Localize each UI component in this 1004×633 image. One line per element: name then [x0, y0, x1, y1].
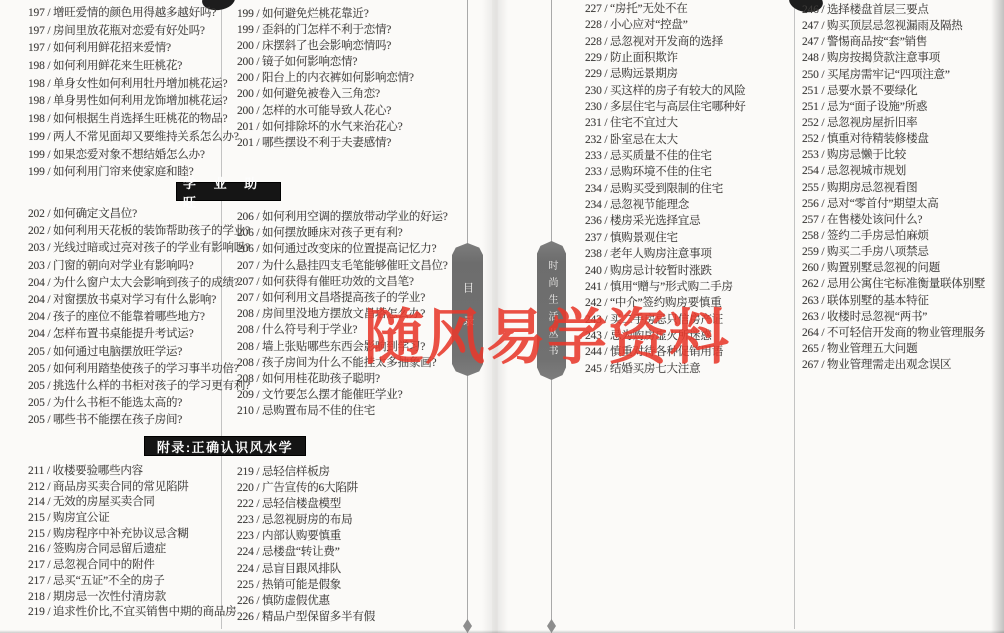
toc-entry: 263 / 联体别墅的基本特征 — [802, 293, 985, 309]
toc-entry: 264 / 不可轻信开发商的物业管理服务 — [802, 325, 985, 341]
toc-entry: 224 / 忌楼盘“转让费” — [237, 544, 375, 560]
toc-entry: 226 / 慎防虚假优惠 — [237, 593, 375, 609]
toc-entry: 207 / 如何获得有催旺功效的文昌笔? — [237, 274, 448, 290]
toc-entry: 212 / 商品房买卖合同的常见陷阱 — [28, 480, 236, 496]
toc-entry: 218 / 期房忌一次性付清房款 — [28, 590, 236, 606]
toc-entry: 207 / 为什么悬挂四支毛笔能够催旺文昌位? — [237, 258, 448, 274]
toc-entry: 252 / 忌忽视房屋折旧率 — [802, 115, 985, 131]
toc-entry: 215 / 购房宜公证 — [28, 511, 236, 527]
page-right-edge-shadow — [991, 0, 1004, 633]
toc-entry: 204 / 怎样布置书桌能提升考试运? — [28, 326, 250, 343]
toc-entry: 203 / 门窗的朝向对学业有影响吗? — [28, 258, 250, 275]
toc-entry: 252 / 慎重对待精装修楼盘 — [802, 131, 985, 147]
toc-entry: 262 / 忌用公寓住宅标准衡量联体别墅 — [802, 276, 985, 292]
toc-entry: 226 / 精品户型保留多半有假 — [237, 609, 375, 625]
toc-entry: 197 / 房间里放花瓶对恋爱有好处吗? — [28, 23, 239, 41]
toc-entry: 246 / 选择楼盘首层三要点 — [802, 2, 985, 18]
toc-entry: 200 / 床摆斜了也会影响恋情吗? — [237, 38, 414, 54]
toc-entry: 198 / 如何根据生肖选择生旺桃花的物品? — [28, 111, 239, 129]
toc-column4-section: 246 / 选择楼盘首层三要点247 / 购买顶层忌忽视漏雨及隔热247 / 警… — [802, 2, 985, 373]
toc-column1-appendix-section: 211 / 收楼要验哪些内容212 / 商品房买卖合同的常见陷阱214 / 无效… — [28, 464, 236, 621]
toc-entry: 198 / 单身女性如何利用牡丹增加桃花运? — [28, 76, 239, 94]
toc-entry: 220 / 广告宣传的6大陷阱 — [237, 480, 375, 496]
toc-entry: 223 / 忌忽视厨房的布局 — [237, 512, 375, 528]
toc-entry: 248 / 购房按揭贷款注意事项 — [802, 50, 985, 66]
section-header-appendix: 附录:正确认识风水学 — [144, 436, 306, 456]
toc-entry: 253 / 购房忌懒于比较 — [802, 147, 985, 163]
toc-entry: 232 / 卧室忌在太大 — [585, 132, 746, 148]
toc-entry: 267 / 物业管理需走出观念误区 — [802, 357, 985, 373]
toc-entry: 263 / 收楼时忌忽视“两书” — [802, 309, 985, 325]
toc-entry: 250 / 买尾房需牢记“四项注意” — [802, 67, 985, 83]
toc-entry: 197 / 增旺爱情的颜色用得越多越好吗? — [28, 5, 239, 23]
toc-entry: 265 / 物业管理五大问题 — [802, 341, 985, 357]
toc-entry: 259 / 购买二手房八项禁忌 — [802, 244, 985, 260]
toc-entry: 201 / 哪些摆设不利于夫妻感情? — [237, 135, 414, 151]
toc-entry: 205 / 挑选什么样的书柜对孩子的学习更有利? — [28, 378, 250, 395]
toc-column1-study-section: 202 / 如何确定文昌位?202 / 如何利用天花板的装饰帮助孩子的学业?20… — [28, 206, 250, 429]
toc-entry: 199 / 如何避免烂桃花靠近? — [237, 6, 414, 22]
toc-entry: 198 / 如何利用鲜花来生旺桃花? — [28, 58, 239, 76]
toc-entry: 205 / 哪些书不能摆在孩子房间? — [28, 412, 250, 429]
toc-entry: 200 / 镜子如何影响恋情? — [237, 54, 414, 70]
toc-entry: 237 / 慎购景观住宅 — [585, 230, 746, 246]
toc-entry: 200 / 如何避免被卷入三角恋? — [237, 86, 414, 102]
toc-entry: 199 / 两人不常见面却又要维持关系怎么办? — [28, 129, 239, 147]
toc-entry: 223 / 内部认购要慎重 — [237, 528, 375, 544]
toc-entry: 254 / 忌忽视城市规划 — [802, 163, 985, 179]
toc-entry: 247 / 警惕商品按“套”销售 — [802, 34, 985, 50]
toc-entry: 204 / 为什么窗户太大会影响到孩子的成绩? — [28, 275, 250, 292]
toc-entry: 217 / 忌忽视合同中的附件 — [28, 558, 236, 574]
toc-entry: 238 / 老年人购房注意事项 — [585, 246, 746, 262]
toc-entry: 236 / 楼房采光选择宜忌 — [585, 213, 746, 229]
toc-column1-romance-section: 197 / 增旺爱情的颜色用得越多越好吗?197 / 房间里放花瓶对恋爱有好处吗… — [28, 5, 239, 182]
toc-entry: 206 / 如何通过改变床的位置提高记忆力? — [237, 241, 448, 257]
toc-entry: 199 / 如果恋爱对象不想结婚怎么办? — [28, 147, 239, 165]
toc-entry: 203 / 光线过暗或过亮对孩子的学业有影响吗? — [28, 240, 250, 257]
toc-entry: 199 / 歪斜的门怎样不利于恋情? — [237, 22, 414, 38]
toc-entry: 233 / 忌购环境不佳的住宅 — [585, 164, 746, 180]
toc-entry: 198 / 单身男性如何利用龙饰增加桃花运? — [28, 93, 239, 111]
toc-entry: 231 / 住宅不宜过大 — [585, 115, 746, 131]
toc-entry: 234 / 忌忽视节能理念 — [585, 197, 746, 213]
toc-entry: 219 / 追求性价比,不宜买销售中期的商品房 — [28, 605, 236, 621]
toc-entry: 206 / 如何摆放睡床对孩子更有利? — [237, 225, 448, 241]
toc-entry: 215 / 购房程序中补充协议忌含糊 — [28, 527, 236, 543]
toc-entry: 229 / 防止面积欺诈 — [585, 50, 746, 66]
toc-entry: 205 / 如何利用踏垫使孩子的学习事半功倍? — [28, 361, 250, 378]
toc-entry: 200 / 阳台上的内衣裤如何影响恋情? — [237, 70, 414, 86]
toc-entry: 234 / 忌购买受到限制的住宅 — [585, 181, 746, 197]
toc-entry: 260 / 购置别墅忌忽视的问题 — [802, 260, 985, 276]
toc-entry: 204 / 对窗摆放书桌对学习有什么影响? — [28, 292, 250, 309]
toc-entry: 225 / 热销可能是假象 — [237, 577, 375, 593]
right-page-column-divider — [794, 0, 795, 629]
toc-entry: 240 / 购房忌计较暂时涨跌 — [585, 263, 746, 279]
toc-entry: 216 / 签购房合同忌留后遗症 — [28, 542, 236, 558]
toc-entry: 211 / 收楼要验哪些内容 — [28, 464, 236, 480]
toc-entry: 247 / 购买顶层忌忽视漏雨及隔热 — [802, 18, 985, 34]
toc-entry: 217 / 忌买“五证”不全的房子 — [28, 574, 236, 590]
toc-entry: 255 / 购期房忌忽视看图 — [802, 180, 985, 196]
toc-entry: 200 / 怎样的水可能导致人花心? — [237, 103, 414, 119]
toc-entry: 224 / 忌盲目跟风排队 — [237, 561, 375, 577]
toc-entry: 256 / 忌对“零首付”期望太高 — [802, 196, 985, 212]
toc-entry: 228 / 忌忽视对开发商的选择 — [585, 34, 746, 50]
toc-entry: 202 / 如何利用天花板的装饰帮助孩子的学业? — [28, 223, 250, 240]
toc-entry: 251 / 忌为“面子设施”所惑 — [802, 99, 985, 115]
toc-entry: 228 / 小心应对“控盘” — [585, 17, 746, 33]
toc-column2-appendix-section: 219 / 忌轻信样板房220 / 广告宣传的6大陷阱222 / 忌轻信楼盘模型… — [237, 464, 375, 625]
toc-entry: 229 / 忌购远景期房 — [585, 66, 746, 82]
toc-entry: 205 / 为什么书柜不能选太高的? — [28, 395, 250, 412]
toc-entry: 210 / 忌购置布局不佳的住宅 — [237, 403, 448, 419]
section-header-study: 学 业 助 旺 — [176, 182, 281, 201]
toc-column2-romance-section: 199 / 如何避免烂桃花靠近?199 / 歪斜的门怎样不利于恋情?200 / … — [237, 6, 414, 151]
toc-entry: 227 / “房托”无处不在 — [585, 1, 746, 17]
toc-entry: 197 / 如何利用鲜花招来爱情? — [28, 40, 239, 58]
toc-entry: 251 / 忌要水景不要绿化 — [802, 83, 985, 99]
toc-entry: 222 / 忌轻信楼盘模型 — [237, 496, 375, 512]
toc-entry: 205 / 如何通过电脑摆放旺学运? — [28, 344, 250, 361]
toc-entry: 258 / 签约二手房忌怕麻烦 — [802, 228, 985, 244]
toc-entry: 204 / 孩子的座位不能靠着哪些地方? — [28, 309, 250, 326]
toc-entry: 233 / 忌买质量不佳的住宅 — [585, 148, 746, 164]
toc-entry: 206 / 如何利用空调的摆放带动学业的好运? — [237, 209, 448, 225]
toc-entry: 230 / 多层住宅与高层住宅哪种好 — [585, 99, 746, 115]
toc-entry: 202 / 如何确定文昌位? — [28, 206, 250, 223]
toc-entry: 214 / 无效的房屋买卖合同 — [28, 495, 236, 511]
toc-entry: 230 / 买这样的房子有较大的风险 — [585, 83, 746, 99]
watermark-text: 随风易学资料 — [364, 290, 730, 376]
toc-entry: 201 / 如何排除坏的水气来治花心? — [237, 119, 414, 135]
toc-entry: 219 / 忌轻信样板房 — [237, 464, 375, 480]
toc-entry: 257 / 在售楼处该问什么? — [802, 212, 985, 228]
toc-entry: 209 / 文竹要怎么摆才能催旺学业? — [237, 387, 448, 403]
